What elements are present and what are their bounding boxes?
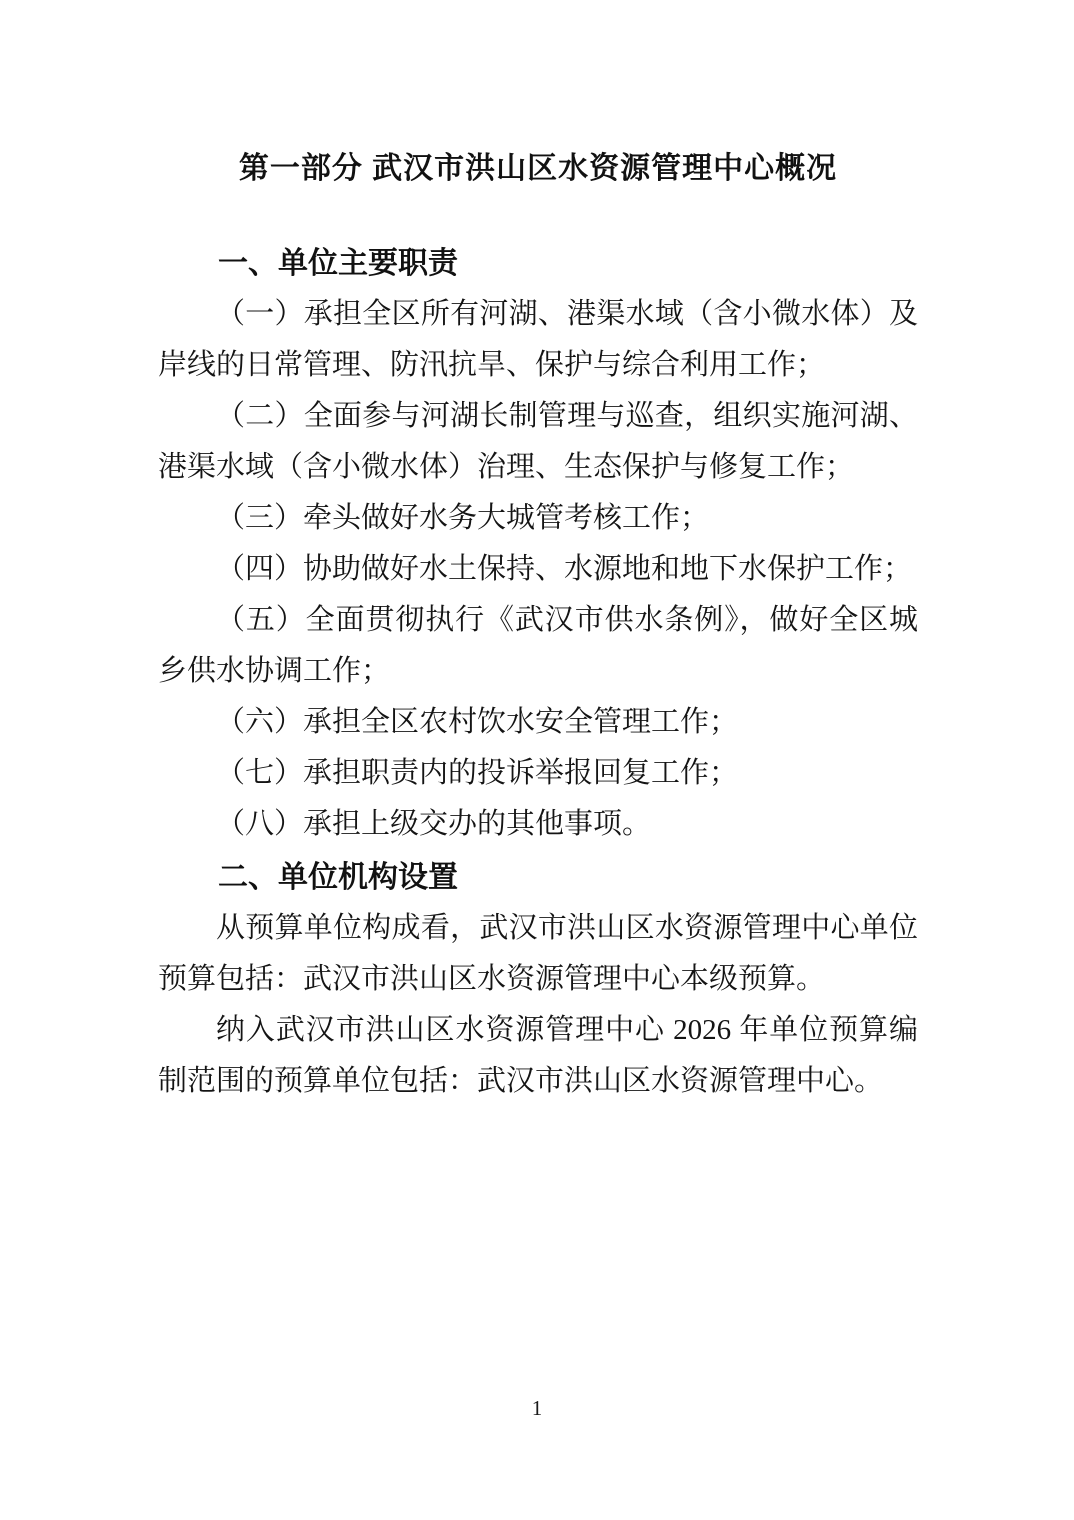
paragraph-responsibility-4: （四）协助做好水土保持、水源地和地下水保护工作； [158,544,918,595]
paragraph-budget-scope: 纳入武汉市洪山区水资源管理中心 2026 年单位预算编制范围的预算单位包括：武汉… [158,1005,918,1107]
paragraph-responsibility-1: （一）承担全区所有河湖、港渠水域（含小微水体）及岸线的日常管理、防汛抗旱、保护与… [158,289,918,391]
paragraph-responsibility-8: （八）承担上级交办的其他事项。 [158,799,918,850]
paragraph-responsibility-2: （二）全面参与河湖长制管理与巡查，组织实施河湖、港渠水域（含小微水体）治理、生态… [158,391,918,493]
paragraph-responsibility-7: （七）承担职责内的投诉举报回复工作； [158,748,918,799]
document-page: 第一部分 武汉市洪山区水资源管理中心概况 一、单位主要职责 （一）承担全区所有河… [0,0,1074,1520]
section-2-heading: 二、单位机构设置 [158,852,918,903]
document-title: 第一部分 武汉市洪山区水资源管理中心概况 [158,0,918,190]
section-main-responsibilities: 一、单位主要职责 （一）承担全区所有河湖、港渠水域（含小微水体）及岸线的日常管理… [158,238,918,850]
paragraph-responsibility-6: （六）承担全区农村饮水安全管理工作； [158,697,918,748]
section-organization-setup: 二、单位机构设置 从预算单位构成看，武汉市洪山区水资源管理中心单位预算包括：武汉… [158,852,918,1107]
page-number: 1 [0,1396,1074,1421]
section-1-heading: 一、单位主要职责 [158,238,918,289]
paragraph-responsibility-5: （五）全面贯彻执行《武汉市供水条例》，做好全区城乡供水协调工作； [158,595,918,697]
paragraph-responsibility-3: （三）牵头做好水务大城管考核工作； [158,493,918,544]
document-content: 第一部分 武汉市洪山区水资源管理中心概况 一、单位主要职责 （一）承担全区所有河… [158,0,918,1107]
paragraph-budget-composition: 从预算单位构成看，武汉市洪山区水资源管理中心单位预算包括：武汉市洪山区水资源管理… [158,903,918,1005]
